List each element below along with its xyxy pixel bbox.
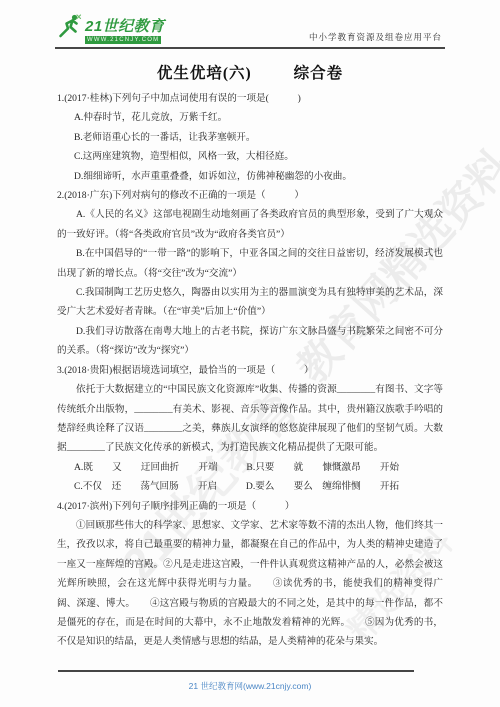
question-1-option-b: B.老师语重心长的一番话，让我茅塞顿开。 [57, 128, 443, 147]
question-1-option-a: A.仲春时节，花儿竞放，万紫千红。 [57, 108, 443, 127]
question-2-option-a: A.《人民的名义》这部电视剧生动地刻画了各类政府官员的典型形象，受到了广大观众的… [57, 205, 443, 244]
page-header: 21世纪教育 WWW.21CNJY.COM 中小学教育资源及组卷应用平台 [55, 0, 445, 49]
question-2-option-d: D.我们寻访散落在南粤大地上的古老书院，探访广东文脉昌盛与书院繁荣之间密不可分的… [57, 322, 443, 361]
runner-icon [58, 13, 83, 44]
question-3-stem: 3.(2018·贵阳)根据语境选词填空，最恰当的一项是（ ） [57, 361, 443, 380]
page-title-left: 优生优培(六) [157, 65, 252, 82]
footer-divider [58, 670, 414, 672]
brand-name: 21世纪教育 [85, 19, 165, 34]
question-1-option-c: C.这两座建筑物，造型相似，风格一致，大相径庭。 [57, 147, 443, 166]
question-2-option-b: B.在中国倡导的“一带一路”的影响下，中亚各国之间的交往日益密切，经济发展模式也… [57, 244, 443, 283]
question-4-passage: ①回顾那些伟大的科学家、思想家、文学家、艺术家等数不清的杰出人物，他们终其一生，… [57, 516, 443, 652]
page-title: 优生优培(六)综合卷 [0, 61, 500, 83]
page-title-right: 综合卷 [294, 65, 344, 82]
question-2-option-c: C.我国制陶工艺历史悠久，陶器由以实用为主的器皿演变为具有独特审美的艺术品，深受… [57, 283, 443, 322]
platform-slogan: 中小学教育资源及组卷应用平台 [309, 31, 442, 44]
footer-site-link[interactable]: 21 世纪教育网(www.21cnjy.com) [0, 680, 500, 692]
question-2-stem: 2.(2018·广东)下列对病句的修改不正确的一项是（ ） [57, 186, 443, 205]
brand-logo: 21世纪教育 WWW.21CNJY.COM [58, 13, 165, 44]
question-3-options-row-ab: A.既 又 迂回曲折 开端 B.只要 就 慷慨激昂 开始 [57, 458, 443, 477]
question-body: 1.(2017·桂林)下列句子中加点词使用有误的一项是( ) A.仲春时节，花儿… [57, 89, 443, 652]
question-3-options-row-cd: C.不仅 还 荡气回肠 开启 D.要么 要么 缠绵悱恻 开拓 [57, 477, 443, 496]
document-page: 教育网精选资料 21世纪教育 精选资料 21世纪教育 WWW.21CNJY.CO… [0, 0, 500, 707]
question-1-stem: 1.(2017·桂林)下列句子中加点词使用有误的一项是( ) [57, 89, 443, 108]
question-1-option-d: D.细细谛听，水声重重叠叠，如诉如泣，仿佛神秘幽怨的小夜曲。 [57, 167, 443, 186]
brand-url: WWW.21CNJY.COM [85, 36, 161, 44]
question-3-passage: 依托于大数据建立的“中国民族文化资源库”收集、传播的资源________有图书、… [57, 380, 443, 458]
question-4-stem: 4.(2017·滨州)下列句子顺序排列正确的一项是（ ） [57, 497, 443, 516]
